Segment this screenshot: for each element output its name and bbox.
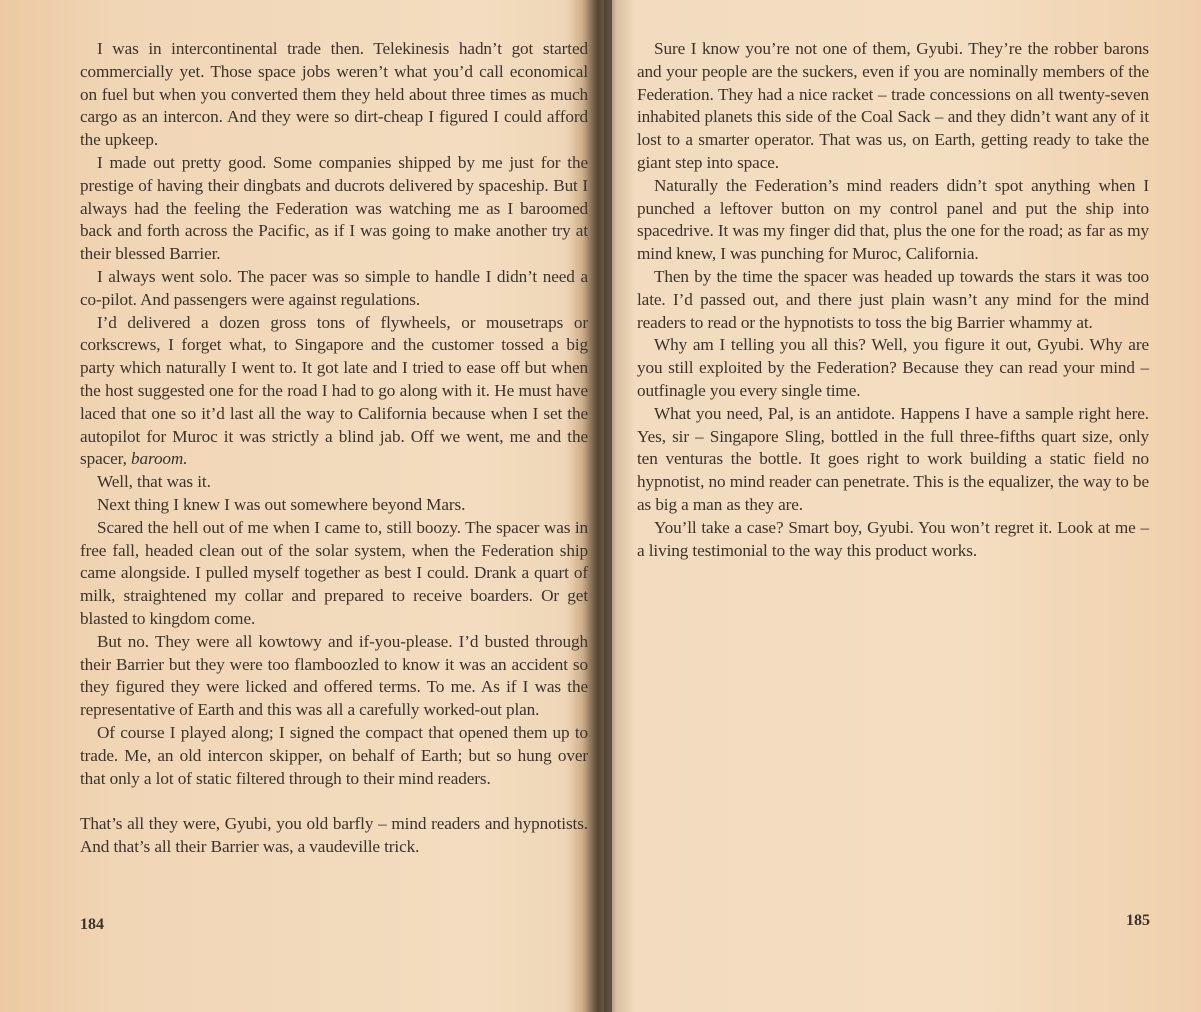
paragraph: Of course I played along; I signed the c… xyxy=(80,722,588,790)
right-page-text: Sure I know you’re not one of them, Gyub… xyxy=(637,38,1149,562)
paragraph: Then by the time the spacer was headed u… xyxy=(637,266,1149,334)
paragraph: I’d delivered a dozen gross tons of flyw… xyxy=(80,312,588,472)
paragraph-text: I’d delivered a dozen gross tons of flyw… xyxy=(80,313,588,469)
paragraph: But no. They were all kowtowy and if-you… xyxy=(80,631,588,722)
paragraph: I always went solo. The pacer was so sim… xyxy=(80,266,588,312)
paragraph: Next thing I knew I was out somewhere be… xyxy=(80,494,588,517)
left-page: I was in intercontinental trade then. Te… xyxy=(0,0,600,1012)
paragraph: Naturally the Federation’s mind readers … xyxy=(637,175,1149,266)
italic-word: baroom. xyxy=(131,449,187,468)
right-page: Sure I know you’re not one of them, Gyub… xyxy=(603,0,1201,1012)
page-number-right: 185 xyxy=(1126,912,1150,930)
open-book-spread: I was in intercontinental trade then. Te… xyxy=(0,0,1201,1012)
paragraph: Sure I know you’re not one of them, Gyub… xyxy=(637,38,1149,175)
paragraph: I was in intercontinental trade then. Te… xyxy=(80,38,588,152)
page-number-left: 184 xyxy=(80,916,104,934)
paragraph: What you need, Pal, is an antidote. Happ… xyxy=(637,403,1149,517)
section-break-paragraph: That’s all they were, Gyubi, you old bar… xyxy=(80,813,588,859)
paragraph: I made out pretty good. Some companies s… xyxy=(80,152,588,266)
paragraph: You’ll take a case? Smart boy, Gyubi. Yo… xyxy=(637,517,1149,563)
paragraph: Scared the hell out of me when I came to… xyxy=(80,517,588,631)
paragraph: Well, that was it. xyxy=(80,471,588,494)
paragraph: Why am I telling you all this? Well, you… xyxy=(637,334,1149,402)
left-page-text: I was in intercontinental trade then. Te… xyxy=(80,38,588,859)
